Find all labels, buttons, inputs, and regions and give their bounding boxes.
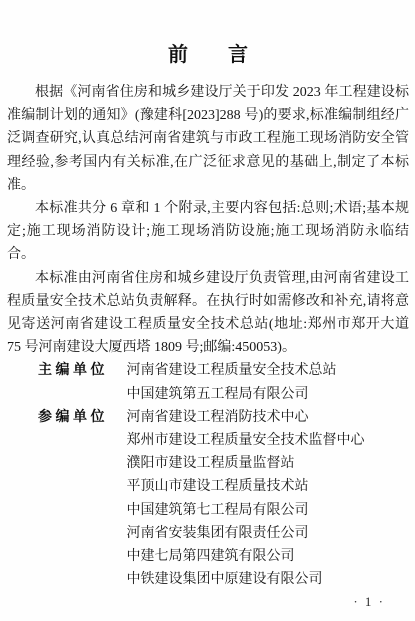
paragraph: 根据《河南省住房和城乡建设厅关于印发 2023 年工程建设标准编制计划的通知》(… — [7, 81, 409, 197]
paragraph: 本标准共分 6 章和 1 个附录,主要内容包括:总则;术语;基本规定;施工现场消… — [7, 197, 409, 267]
participating-editor-row: 参 编 单 位 河南省建设工程消防技术中心 郑州市建设工程质量安全技术监督中心 … — [7, 406, 409, 592]
org-name: 濮阳市建设工程质量监督站 — [127, 452, 410, 475]
page-number: · 1 · — [353, 594, 385, 610]
org-name: 中建七局第四建筑有限公司 — [127, 545, 410, 568]
participating-editor-label: 参 编 单 位 — [38, 406, 105, 429]
org-name: 中国建筑第七工程局有限公司 — [127, 499, 410, 522]
org-name: 平顶山市建设工程质量技术站 — [127, 475, 410, 498]
editor-units-section: 主 编 单 位 河南省建设工程质量安全技术总站 中国建筑第五工程局有限公司 参 … — [7, 359, 409, 591]
org-name: 河南省建设工程质量安全技术总站 — [127, 359, 410, 382]
org-name: 河南省建设工程消防技术中心 — [127, 406, 410, 429]
paragraph: 本标准由河南省住房和城乡建设厅负责管理,由河南省建设工程质量安全技术总站负责解释… — [7, 267, 409, 360]
page-title: 前 言 — [7, 44, 409, 66]
org-name: 中铁建设集团中原建设有限公司 — [127, 568, 410, 591]
chief-editor-row: 主 编 单 位 河南省建设工程质量安全技术总站 中国建筑第五工程局有限公司 — [7, 359, 409, 405]
document-page: 前 言 根据《河南省住房和城乡建设厅关于印发 2023 年工程建设标准编制计划的… — [0, 0, 415, 621]
document-body: 根据《河南省住房和城乡建设厅关于印发 2023 年工程建设标准编制计划的通知》(… — [7, 81, 409, 591]
org-name: 中国建筑第五工程局有限公司 — [127, 383, 410, 406]
chief-editor-label: 主 编 单 位 — [38, 359, 105, 382]
org-name: 河南省安装集团有限责任公司 — [127, 522, 410, 545]
chief-editor-orgs: 河南省建设工程质量安全技术总站 中国建筑第五工程局有限公司 — [127, 359, 410, 405]
participating-editor-orgs: 河南省建设工程消防技术中心 郑州市建设工程质量安全技术监督中心 濮阳市建设工程质… — [127, 406, 410, 592]
org-name: 郑州市建设工程质量安全技术监督中心 — [127, 429, 410, 452]
